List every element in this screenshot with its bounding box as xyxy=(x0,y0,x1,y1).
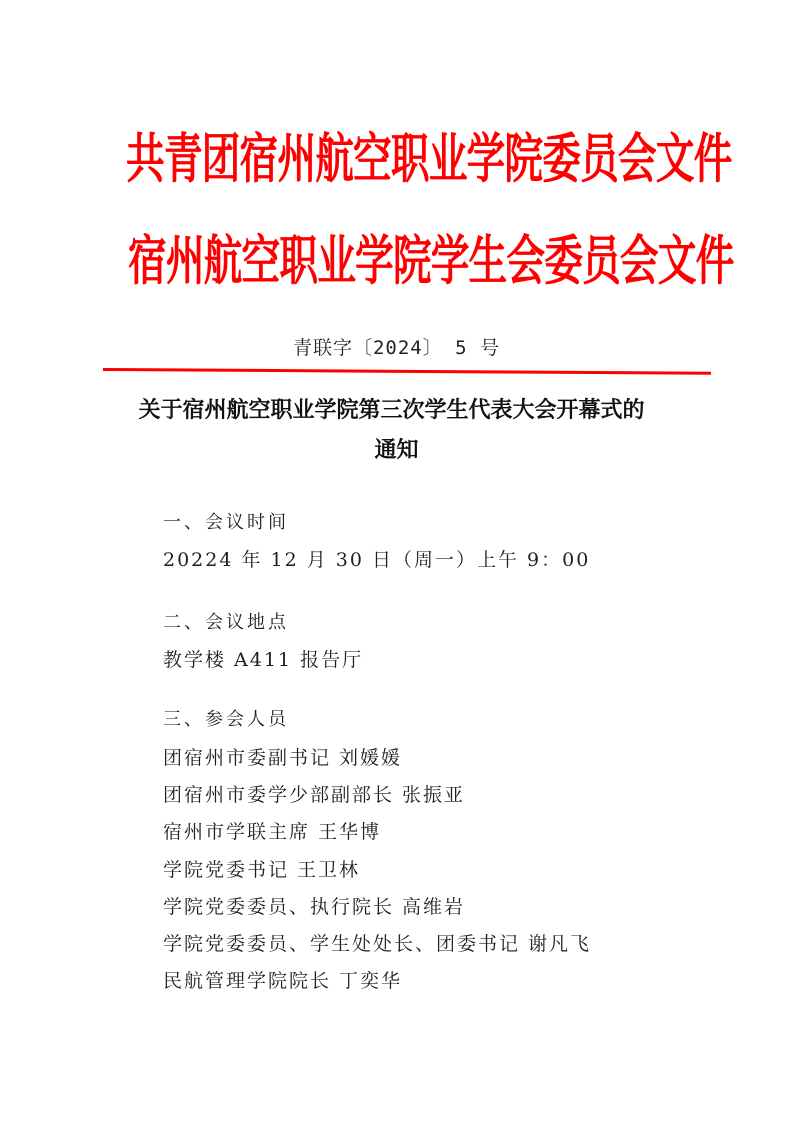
attendee-list-item: 民航管理学院院长 丁奕华 xyxy=(163,969,402,993)
attendee-list-item: 学院党委委员、执行院长 高维岩 xyxy=(163,895,465,919)
document-number: 青联字〔2024〕 5 号 xyxy=(0,333,793,360)
meeting-location-value: 教学楼 A411 报告厅 xyxy=(163,648,363,672)
issuer-title-line-2: 宿州航空职业学院学生会委员会文件 xyxy=(128,225,656,298)
red-divider-rule xyxy=(103,368,711,375)
attendee-list-item: 团宿州市委副书记 刘媛媛 xyxy=(163,746,402,770)
attendee-list-item: 学院党委书记 王卫林 xyxy=(163,858,360,882)
section-heading-meeting-time: 一、会议时间 xyxy=(163,511,289,535)
section-heading-attendees: 三、参会人员 xyxy=(163,708,289,732)
attendee-list-item: 团宿州市委学少部副部长 张振亚 xyxy=(163,783,465,807)
attendee-list-item: 宿州市学联主席 王华博 xyxy=(163,820,381,844)
section-heading-meeting-location: 二、会议地点 xyxy=(163,611,289,635)
issuer-title-line-1: 共青团宿州航空职业学院委员会文件 xyxy=(126,123,654,196)
meeting-time-value: 20224 年 12 月 30 日（周一）上午 9：00 xyxy=(163,548,590,572)
notice-title-line-2: 通知 xyxy=(0,433,793,464)
attendee-list-item: 学院党委委员、学生处处长、团委书记 谢凡飞 xyxy=(163,932,591,956)
notice-title-line-1: 关于宿州航空职业学院第三次学生代表大会开幕式的 xyxy=(0,393,788,424)
